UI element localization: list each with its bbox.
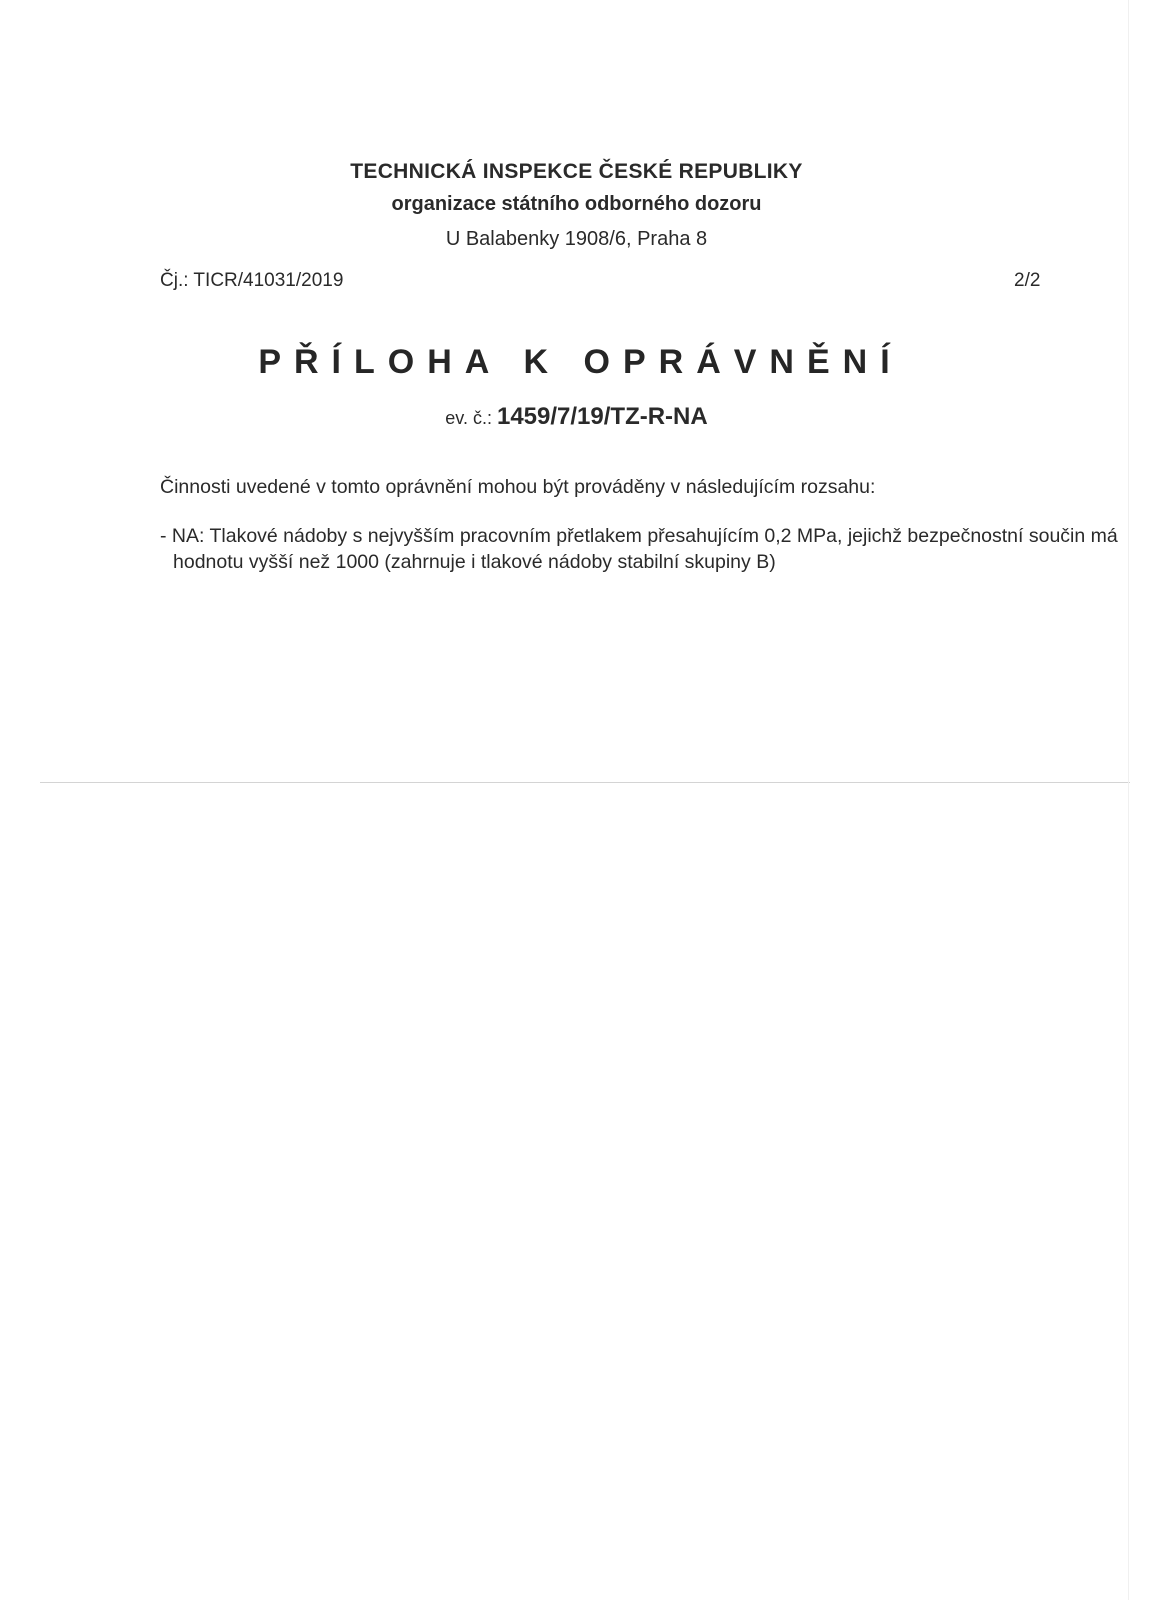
document-page: TECHNICKÁ INSPEKCE ČESKÉ REPUBLIKY organ… — [0, 0, 1153, 1600]
organization-name: TECHNICKÁ INSPEKCE ČESKÉ REPUBLIKY — [0, 160, 1153, 184]
registration-value: 1459/7/19/TZ-R-NA — [497, 403, 708, 430]
document-title: PŘÍLOHA K OPRÁVNĚNÍ — [0, 343, 1153, 382]
reference-number: Čj.: TICR/41031/2019 — [160, 270, 343, 292]
scan-edge — [1128, 0, 1129, 1600]
registration-number: ev. č.: 1459/7/19/TZ-R-NA — [0, 403, 1153, 431]
scope-item: - NA: Tlakové nádoby s nejvyšším pracovn… — [160, 523, 1133, 575]
intro-paragraph: Činnosti uvedené v tomto oprávnění mohou… — [160, 476, 875, 499]
page-number: 2/2 — [1014, 270, 1040, 292]
organization-address: U Balabenky 1908/6, Praha 8 — [0, 228, 1153, 251]
paper-fold-line — [40, 782, 1130, 783]
registration-label: ev. č.: — [445, 408, 492, 428]
organization-subtitle: organizace státního odborného dozoru — [0, 193, 1153, 216]
